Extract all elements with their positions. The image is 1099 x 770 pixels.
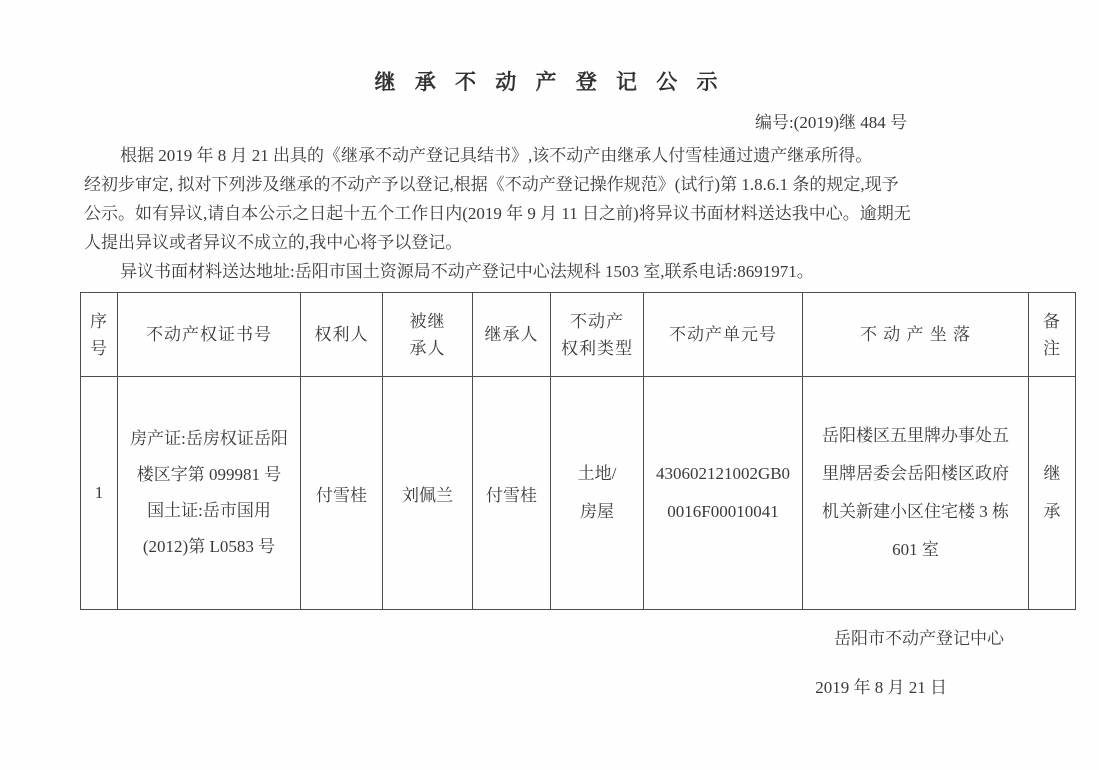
body-line-3: 公示。如有异议,请自本公示之日起十五个工作日内(2019 年 9 月 11 日之… — [84, 199, 1016, 228]
cell-seq: 1 — [81, 377, 118, 610]
cell-location: 岳阳楼区五里牌办事处五里牌居委会岳阳楼区政府机关新建小区住宅楼 3 栋 601 … — [803, 377, 1029, 610]
body-line-1: 根据 2019 年 8 月 21 出具的《继承不动产登记具结书》,该不动产由继承… — [84, 141, 1016, 170]
page-title: 继 承 不 动 产 登 记 公 示 — [0, 0, 1099, 96]
cell-unit-number: 430602121002GB00016F00010041 — [644, 377, 803, 610]
header-remark: 备 注 — [1029, 293, 1076, 377]
doc-number: 编号:(2019)继 484 号 — [0, 108, 1099, 133]
header-decedent: 被继 承人 — [383, 293, 473, 377]
body-line-2: 经初步审定, 拟对下列涉及继承的不动产予以登记,根据《不动产登记操作规范》(试行… — [84, 170, 1016, 199]
cell-right-type: 土地/ 房屋 — [551, 377, 644, 610]
header-heir: 继承人 — [473, 293, 551, 377]
document-page: 继 承 不 动 产 登 记 公 示 编号:(2019)继 484 号 根据 20… — [0, 0, 1099, 770]
cell-heir: 付雪桂 — [473, 377, 551, 610]
cell-remark: 继 承 — [1029, 377, 1076, 610]
header-right-type: 不动产 权利类型 — [551, 293, 644, 377]
cell-right-holder: 付雪桂 — [301, 377, 383, 610]
header-cert-no: 不动产权证书号 — [118, 293, 301, 377]
header-unit-no: 不动产单元号 — [644, 293, 803, 377]
table-header-row: 序 号 不动产权证书号 权利人 被继 承人 继承人 不动产 权利类型 不动产单元… — [81, 293, 1076, 377]
property-registration-table: 序 号 不动产权证书号 权利人 被继 承人 继承人 不动产 权利类型 不动产单元… — [80, 292, 1076, 610]
header-seq: 序 号 — [81, 293, 118, 377]
body-line-4: 人提出异议或者异议不成立的,我中心将予以登记。 — [84, 228, 1016, 257]
table-row: 1 房产证:岳房权证岳阳楼区字第 099981 号 国土证:岳市国用(2012)… — [81, 377, 1076, 610]
cell-decedent: 刘佩兰 — [383, 377, 473, 610]
body-line-5: 异议书面材料送达地址:岳阳市国土资源局不动产登记中心法规科 1503 室,联系电… — [84, 257, 1016, 286]
issuer-name: 岳阳市不动产登记中心 — [0, 624, 1099, 649]
cert-land: 国土证:岳市国用(2012)第 L0583 号 — [129, 493, 289, 565]
notice-body: 根据 2019 年 8 月 21 出具的《继承不动产登记具结书》,该不动产由继承… — [84, 141, 1016, 286]
cert-house: 房产证:岳房权证岳阳楼区字第 099981 号 — [129, 421, 289, 493]
header-right-holder: 权利人 — [301, 293, 383, 377]
cell-cert-no: 房产证:岳房权证岳阳楼区字第 099981 号 国土证:岳市国用(2012)第 … — [118, 377, 301, 610]
header-location: 不 动 产 坐 落 — [803, 293, 1029, 377]
issue-date: 2019 年 8 月 21 日 — [0, 673, 1099, 698]
